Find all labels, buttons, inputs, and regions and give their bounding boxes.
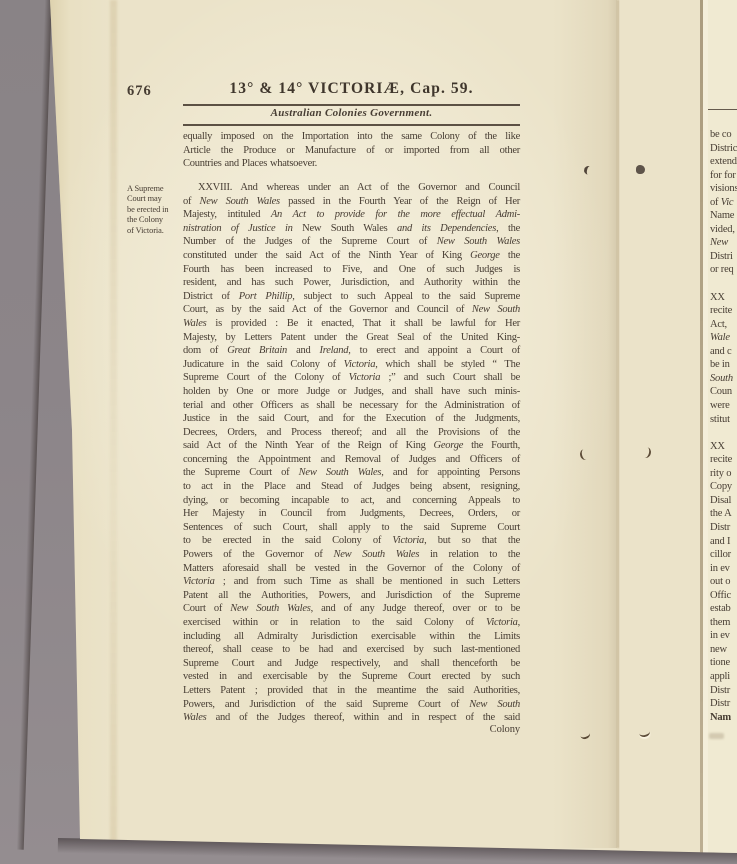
text-line: Wale [710, 331, 737, 345]
text-line: cillor [710, 548, 737, 562]
text-line: appli [710, 670, 737, 684]
right-page-text-block: XXreciterity oCopyDisalthe ADistrand Ici… [710, 440, 737, 724]
text-line: be in [710, 358, 737, 372]
text-line: Powers of the Governor of New South Wale… [183, 548, 520, 562]
book-photograph: 676 13° & 14° VICTORIÆ, Cap. 59. Austral… [0, 0, 737, 864]
text-line: and c [710, 345, 737, 359]
text-line: District of Port Phillip, subject to suc… [183, 290, 520, 304]
text-line: visions [710, 182, 737, 196]
header-rule-top [183, 104, 520, 106]
gutter-shading [553, 0, 617, 848]
text-line: for for [710, 169, 737, 183]
right-page-text-sliver: be coDistricextendfor forvisionsof VicNa… [710, 128, 737, 738]
text-line: A Supreme [127, 184, 181, 194]
section-heading: Australian Colonies Government. [183, 107, 520, 119]
book-page-paper: 676 13° & 14° VICTORIÆ, Cap. 59. Austral… [0, 0, 737, 864]
text-line: rity o [710, 467, 737, 481]
running-title: 13° & 14° VICTORIÆ, Cap. 59. [183, 80, 520, 98]
gutter-fold-line [617, 0, 619, 848]
text-line: terial and other Officers as shall be ne… [183, 399, 520, 413]
text-line: Her Majesty in Council from Judgments, D… [183, 507, 520, 521]
header-rule-bottom [183, 124, 520, 126]
text-line: Supreme Court and Judge respectively, an… [183, 657, 520, 671]
text-line: the Supreme Court of New South Wales, an… [183, 466, 520, 480]
text-line: or req [710, 263, 737, 277]
text-line: extend [710, 155, 737, 169]
text-line: exercised within or in relation to the s… [183, 616, 520, 630]
text-line: constituted under the said Act of the Ni… [183, 249, 520, 263]
clause-xxviii-paragraph: XXVIII. And whereas under an Act of the … [183, 181, 520, 725]
text-line: nistration of Justice in New South Wales… [183, 222, 520, 236]
margin-note: A SupremeCourt maybe erected inthe Colon… [127, 184, 181, 236]
text-line: of New South Wales passed in the Fourth … [183, 195, 520, 209]
page-left-edge-shadow [17, 0, 52, 850]
right-page-text-block: XXreciteAct,Waleand cbe inSouthCounweres… [710, 291, 737, 426]
text-line: Distr [710, 684, 737, 698]
text-line: equally imposed on the Importation into … [183, 130, 520, 144]
text-line: Majesty, intituled An Act to provide for… [183, 208, 520, 222]
text-line: vided, [710, 223, 737, 237]
intro-paragraph: equally imposed on the Importation into … [183, 130, 520, 171]
text-line: Act, [710, 318, 737, 332]
text-line: recite [710, 304, 737, 318]
text-line: XX [710, 440, 737, 454]
text-line: Distri [710, 250, 737, 264]
text-line: stitut [710, 413, 737, 427]
text-line: Letters Patent ; provided that in the me… [183, 684, 520, 698]
text-line: Disal [710, 494, 737, 508]
text-line: be erected in [127, 205, 181, 215]
text-line: thereof, shall cease to be had and exerc… [183, 643, 520, 657]
text-line: Justice in the said Court, and for the E… [183, 412, 520, 426]
text-line: were [710, 399, 737, 413]
text-line: Name [710, 209, 737, 223]
text-line: to be erected in the said Colony of Vict… [183, 534, 520, 548]
paper-fold-streak [110, 0, 117, 842]
text-line: in ev [710, 562, 737, 576]
text-line: XXVIII. And whereas under an Act of the … [183, 181, 520, 195]
right-page-text-block: be coDistricextendfor forvisionsof VicNa… [710, 128, 737, 277]
text-line: Powers, and Jurisdiction of the said Sup… [183, 698, 520, 712]
text-line: Patent all the Authorities, Powers, and … [183, 589, 520, 603]
text-line: New [710, 236, 737, 250]
text-line: Court may [127, 194, 181, 204]
binding-mark [636, 165, 645, 174]
text-line: new [710, 643, 737, 657]
page-number: 676 [127, 83, 152, 100]
text-line: dying, or becoming incapable to act, and… [183, 494, 520, 508]
text-line: concerning the Appointment and Removal o… [183, 453, 520, 467]
text-line: including all Admiralty Jurisdiction exe… [183, 630, 520, 644]
text-line: holden by One or more Judge or Judges, a… [183, 385, 520, 399]
text-line: them [710, 616, 737, 630]
text-line: Fourth has been increased to Five, and O… [183, 263, 520, 277]
text-line: Majesty, by Letters Patent under the Gre… [183, 331, 520, 345]
text-line: said Act of the Ninth Year of the Reign … [183, 439, 520, 453]
text-line: XX [710, 291, 737, 305]
faint-ink-smudge [709, 733, 724, 739]
text-line: tione [710, 656, 737, 670]
text-line: recite [710, 453, 737, 467]
text-line: Distr [710, 521, 737, 535]
text-line: Matters aforesaid shall be vested in the… [183, 562, 520, 576]
text-line: Number of the Judges of the Supreme Cour… [183, 235, 520, 249]
text-line: Distric [710, 142, 737, 156]
text-line: Offic [710, 589, 737, 603]
text-line: of Victoria. [127, 226, 181, 236]
text-line: Countries and Places whatsoever. [183, 157, 520, 171]
text-line: Court, as by the said Act of the Governo… [183, 303, 520, 317]
binding-mark [640, 446, 652, 459]
text-line: South [710, 372, 737, 386]
text-line: Distr [710, 697, 737, 711]
binding-mark [638, 727, 651, 738]
text-line: Decrees, Orders, and Process thereof; an… [183, 426, 520, 440]
text-line: of Vic [710, 196, 737, 210]
text-line: in ev [710, 629, 737, 643]
text-line: Victoria ; and from such Time as shall b… [183, 575, 520, 589]
text-line: vested in and exercisable by the Supreme… [183, 670, 520, 684]
text-line: Coun [710, 385, 737, 399]
text-line: Judicature in the said Colony of Victori… [183, 358, 520, 372]
text-line: the A [710, 507, 737, 521]
text-line: to act in the Place and Stead of Judges … [183, 480, 520, 494]
text-line: Sentences of such Court, shall apply to … [183, 521, 520, 535]
text-line: Wales and of the Judges thereof, within … [183, 711, 520, 725]
text-line: Nam [710, 711, 737, 725]
text-line: Court of New South Wales, and of any Jud… [183, 602, 520, 616]
text-line: and I [710, 535, 737, 549]
text-line: out o [710, 575, 737, 589]
text-line: Wales is provided : Be it enacted, That … [183, 317, 520, 331]
text-line: estab [710, 602, 737, 616]
text-line: be co [710, 128, 737, 142]
text-line: dom of Great Britain and Ireland, to ere… [183, 344, 520, 358]
right-page-header-rule [708, 109, 737, 110]
text-line: Copy [710, 480, 737, 494]
catchword: Colony [183, 724, 520, 735]
text-line: Supreme Court of the Colony of Victoria … [183, 371, 520, 385]
text-line: resident, and has such Power, Jurisdicti… [183, 276, 520, 290]
text-line: Article the Produce or Manufacture of or… [183, 144, 520, 158]
text-line: the Colony [127, 215, 181, 225]
